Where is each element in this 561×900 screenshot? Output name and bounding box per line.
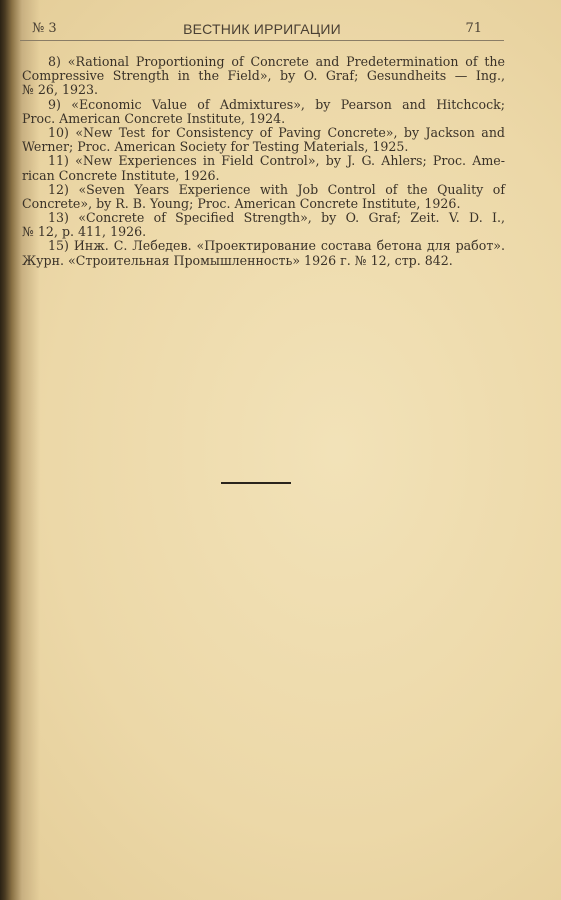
reference-line: Concrete», by R. B. Young; Proc. America…	[22, 197, 505, 211]
reference-line: Compressive Strength in the Field», by O…	[22, 69, 505, 83]
reference-line: 10) «New Test for Consistency of Paving …	[22, 126, 505, 140]
reference-line: Werner; Proc. American Society for Testi…	[22, 140, 505, 154]
reference-line: 12) «Seven Years Experience with Job Con…	[22, 183, 505, 197]
end-of-article-rule	[221, 482, 291, 484]
reference-13: 13) «Concrete of Specified Strength», by…	[22, 211, 505, 239]
reference-9: 9) «Economic Value of Admixtures», by Pe…	[22, 98, 505, 126]
reference-line: Proc. American Concrete Institute, 1924.	[22, 112, 505, 126]
reference-15: 15) Инж. С. Лебедев. «Проектирование сос…	[22, 239, 505, 267]
reference-line: № 26, 1923.	[22, 83, 505, 97]
reference-11: 11) «New Experiences in Field Control», …	[22, 154, 505, 182]
reference-line: 13) «Concrete of Specified Strength», by…	[22, 211, 505, 225]
reference-10: 10) «New Test for Consistency of Paving …	[22, 126, 505, 154]
header-rule	[20, 40, 504, 41]
reference-12: 12) «Seven Years Experience with Job Con…	[22, 183, 505, 211]
page-number: 71	[465, 21, 482, 36]
reference-8: 8) «Rational Proportioning of Concrete a…	[22, 55, 505, 98]
reference-line: № 12, p. 411, 1926.	[22, 225, 505, 239]
journal-title: ВЕСТНИК ИРРИГАЦИИ	[20, 21, 504, 37]
reference-line: 15) Инж. С. Лебедев. «Проектирование сос…	[22, 239, 505, 253]
reference-line: Журн. «Строительная Промышленность» 1926…	[22, 254, 505, 268]
reference-line: 8) «Rational Proportioning of Concrete a…	[22, 55, 505, 69]
reference-list: 8) «Rational Proportioning of Concrete a…	[22, 55, 505, 268]
reference-line: 9) «Economic Value of Admixtures», by Pe…	[22, 98, 505, 112]
reference-line: 11) «New Experiences in Field Control», …	[22, 154, 505, 168]
running-header: № 3 ВЕСТНИК ИРРИГАЦИИ 71	[20, 21, 504, 39]
reference-line: rican Concrete Institute, 1926.	[22, 169, 505, 183]
scanned-page: № 3 ВЕСТНИК ИРРИГАЦИИ 71 8) «Rational Pr…	[0, 0, 561, 900]
